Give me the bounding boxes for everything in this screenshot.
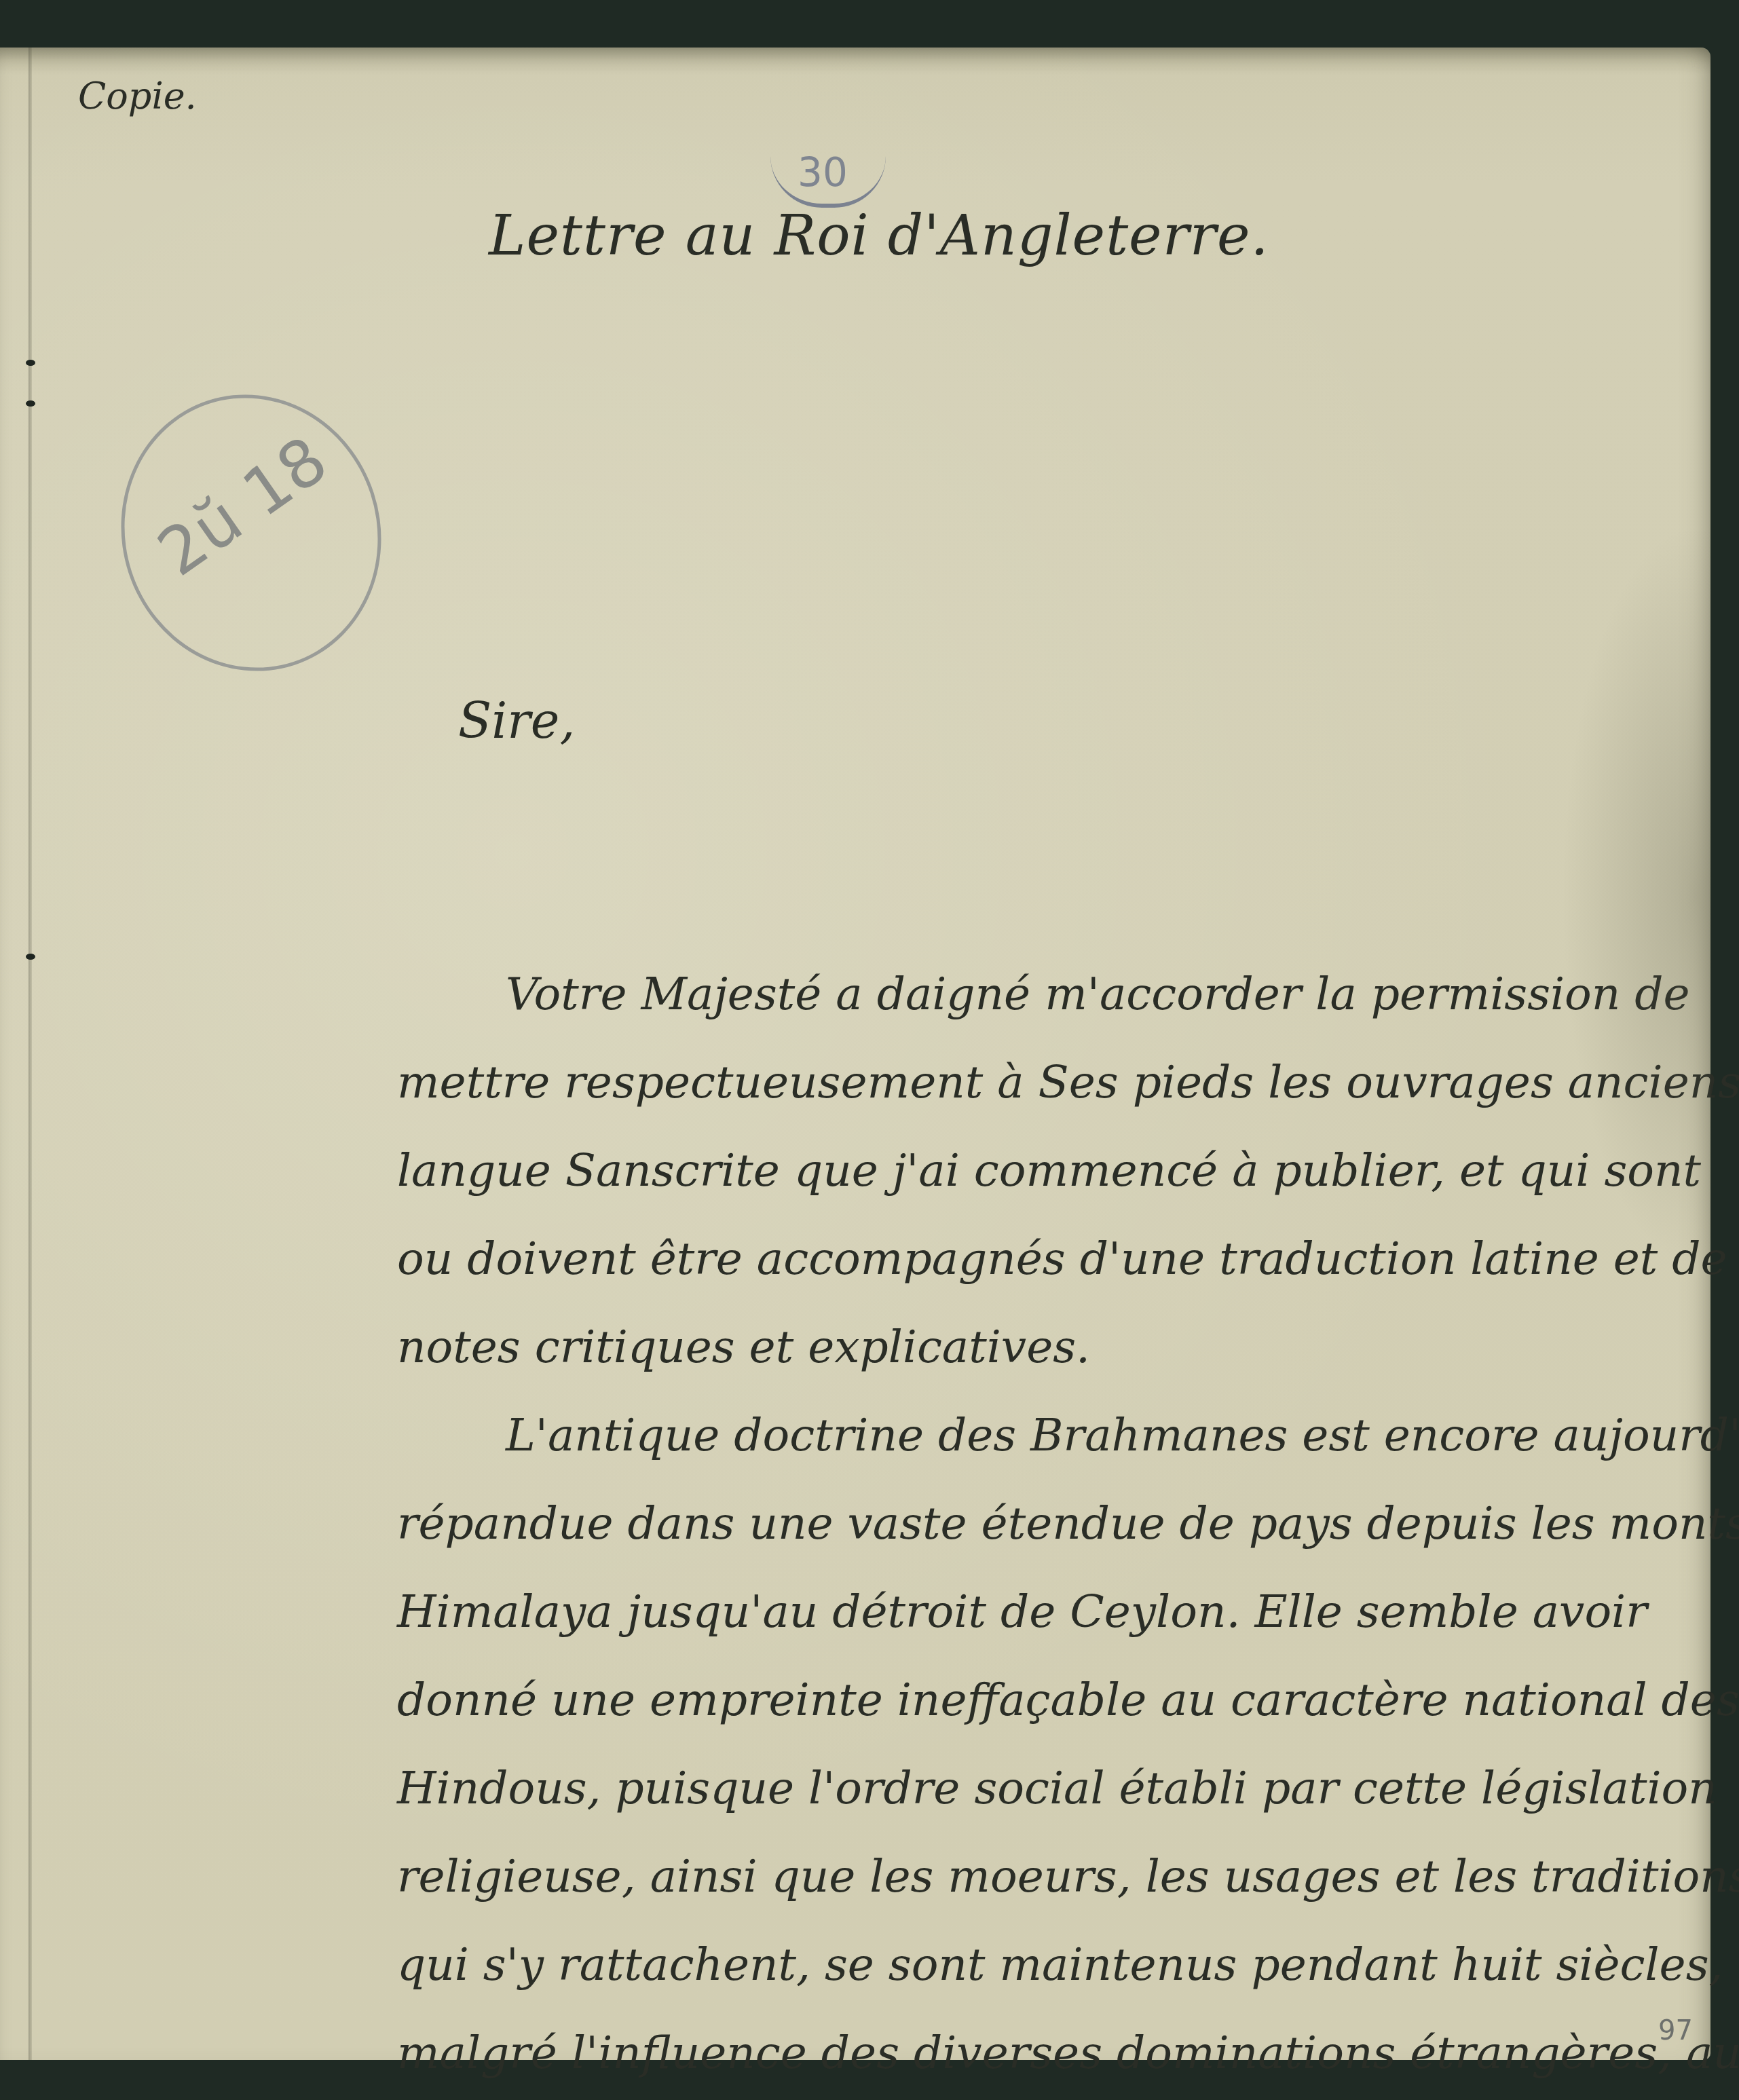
text-line: Hindous, puisque l'ordre social établi p… <box>397 1744 1687 1833</box>
binding-hole-mark <box>26 954 35 960</box>
text-line: notes critiques et explicatives. <box>397 1303 1687 1391</box>
text-line: religieuse, ainsi que les moeurs, les us… <box>397 1833 1687 1921</box>
letter-title: Lettre au Roi d'Angleterre. <box>489 204 1269 268</box>
text-line: Votre Majesté a daigné m'accorder la per… <box>397 950 1687 1038</box>
binding-hole-mark <box>26 400 35 407</box>
text-line: ou doivent être accompagnés d'une traduc… <box>397 1215 1687 1303</box>
paragraph-1: Votre Majesté a daigné m'accorder la per… <box>397 950 1687 1391</box>
letter-body: Votre Majesté a daigné m'accorder la per… <box>397 950 1687 2097</box>
binding-gutter <box>29 48 32 2060</box>
text-line: donné une empreinte ineffaçable au carac… <box>397 1656 1687 1744</box>
text-line: L'antique doctrine des Brahmanes est enc… <box>397 1391 1687 1480</box>
text-line: malgré l'influence des diverses dominati… <box>397 2009 1687 2097</box>
manuscript-page: Copie. 30 Lettre au Roi d'Angleterre. 2ŭ… <box>0 48 1710 2060</box>
text-line: langue Sanscrite que j'ai commencé à pub… <box>397 1127 1687 1215</box>
text-line: répandue dans une vaste étendue de pays … <box>397 1480 1687 1568</box>
folio-number-bottom: 97 <box>1658 2015 1693 2046</box>
paragraph-2: L'antique doctrine des Brahmanes est enc… <box>397 1391 1687 2097</box>
text-line: qui s'y rattachent, se sont maintenus pe… <box>397 1921 1687 2009</box>
folio-number-top: 30 <box>798 149 848 195</box>
binding-hole-mark <box>26 360 35 366</box>
salutation: Sire, <box>458 692 575 749</box>
text-line: mettre respectueusement à Ses pieds les … <box>397 1038 1687 1127</box>
copy-annotation: Copie. <box>78 75 197 117</box>
text-line: Himalaya jusqu'au détroit de Ceylon. Ell… <box>397 1568 1687 1656</box>
